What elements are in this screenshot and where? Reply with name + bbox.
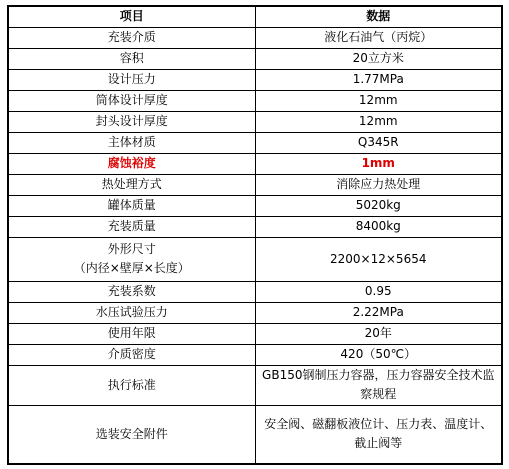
- item-cell: 充装介质: [8, 27, 255, 48]
- item-cell: 容积: [8, 48, 255, 69]
- value-cell: 20立方米: [255, 48, 502, 69]
- value-cell: 5020kg: [255, 195, 502, 216]
- value-cell: 12mm: [255, 90, 502, 111]
- item-cell: 执行标准: [8, 365, 255, 405]
- item-cell: 充装系数: [8, 281, 255, 302]
- table-row: 容积 20立方米: [8, 48, 502, 69]
- item-cell: 热处理方式: [8, 174, 255, 195]
- value-cell: 2200×12×5654: [255, 237, 502, 281]
- table-row: 设计压力 1.77MPa: [8, 69, 502, 90]
- table-row-dimensions: 外形尺寸 （内径×壁厚×长度） 2200×12×5654: [8, 237, 502, 281]
- value-cell: GB150钢制压力容器，压力容器安全技术监察规程: [255, 365, 502, 405]
- table-row: 使用年限 20年: [8, 323, 502, 344]
- table-row: 罐体质量 5020kg: [8, 195, 502, 216]
- value-cell: 1mm: [255, 153, 502, 174]
- table-row: 充装系数 0.95: [8, 281, 502, 302]
- item-cell: 水压试验压力: [8, 302, 255, 323]
- value-cell: 0.95: [255, 281, 502, 302]
- item-cell: 设计压力: [8, 69, 255, 90]
- item-cell: 腐蚀裕度: [8, 153, 255, 174]
- table-row: 热处理方式 消除应力热处理: [8, 174, 502, 195]
- value-cell: 液化石油气（丙烷）: [255, 27, 502, 48]
- header-item-cell: 项目: [8, 6, 255, 27]
- spec-table: 项目 数据 充装介质 液化石油气（丙烷） 容积 20立方米 设计压力 1.77M…: [7, 5, 503, 465]
- value-cell: 2.22MPa: [255, 302, 502, 323]
- page: 项目 数据 充装介质 液化石油气（丙烷） 容积 20立方米 设计压力 1.77M…: [0, 0, 509, 469]
- header-value-cell: 数据: [255, 6, 502, 27]
- value-cell: 消除应力热处理: [255, 174, 502, 195]
- item-cell: 筒体设计厚度: [8, 90, 255, 111]
- table-row: 筒体设计厚度 12mm: [8, 90, 502, 111]
- value-cell: 1.77MPa: [255, 69, 502, 90]
- item-cell: 外形尺寸 （内径×壁厚×长度）: [8, 237, 255, 281]
- table-row-standards: 执行标准 GB150钢制压力容器，压力容器安全技术监察规程: [8, 365, 502, 405]
- item-cell: 介质密度: [8, 344, 255, 365]
- table-row-safety-accessories: 选装安全附件 安全阀、磁翻板液位计、压力表、温度计、截止阀等: [8, 405, 502, 464]
- table-header-row: 项目 数据: [8, 6, 502, 27]
- table-row-corrosion-allowance-highlighted: 腐蚀裕度 1mm: [8, 153, 502, 174]
- item-cell: 充装质量: [8, 216, 255, 237]
- table-row: 介质密度 420（50℃）: [8, 344, 502, 365]
- item-line-2: （内径×壁厚×长度）: [13, 259, 251, 278]
- item-cell: 封头设计厚度: [8, 111, 255, 132]
- value-cell: 420（50℃）: [255, 344, 502, 365]
- table-row: 主体材质 Q345R: [8, 132, 502, 153]
- table-row: 充装介质 液化石油气（丙烷）: [8, 27, 502, 48]
- table-row: 封头设计厚度 12mm: [8, 111, 502, 132]
- item-cell: 罐体质量: [8, 195, 255, 216]
- value-cell: 8400kg: [255, 216, 502, 237]
- table-row: 水压试验压力 2.22MPa: [8, 302, 502, 323]
- item-line-1: 外形尺寸: [13, 240, 251, 259]
- value-cell: 安全阀、磁翻板液位计、压力表、温度计、截止阀等: [255, 405, 502, 464]
- item-cell: 主体材质: [8, 132, 255, 153]
- item-cell: 选装安全附件: [8, 405, 255, 464]
- value-cell: 12mm: [255, 111, 502, 132]
- item-cell: 使用年限: [8, 323, 255, 344]
- table-row: 充装质量 8400kg: [8, 216, 502, 237]
- value-cell: 20年: [255, 323, 502, 344]
- value-cell: Q345R: [255, 132, 502, 153]
